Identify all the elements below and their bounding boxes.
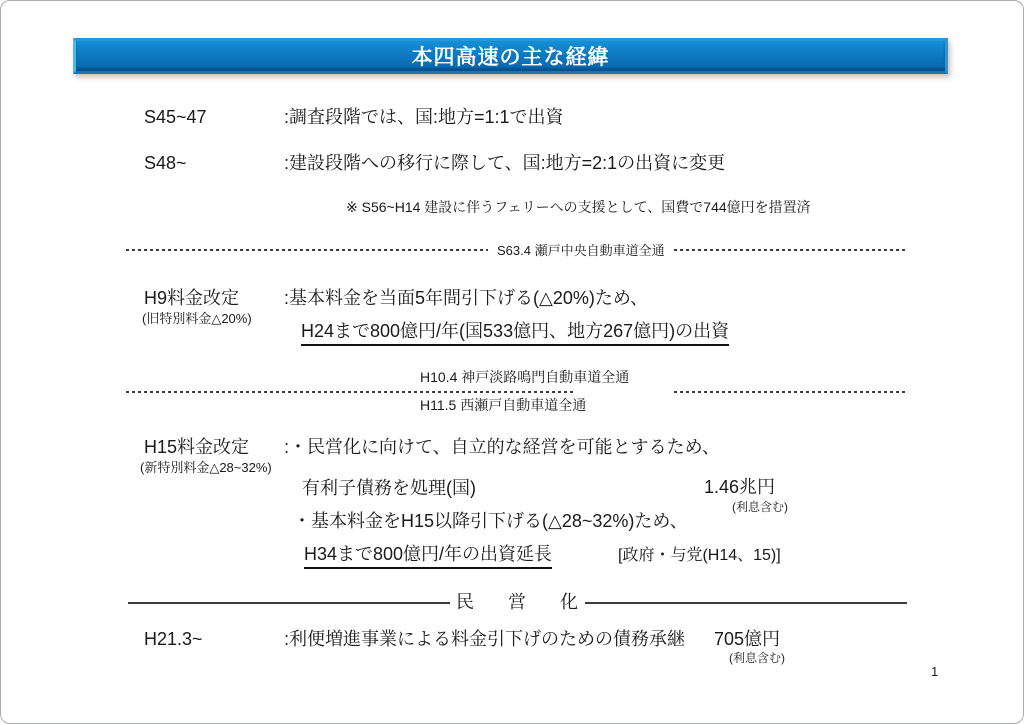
entry-h9-label: H9料金改定: [144, 288, 239, 310]
entry-h15-line1: :・民営化に向けて、自立的な経営を可能とするため、: [284, 437, 720, 459]
entry-h15-label: H15料金改定: [144, 437, 249, 459]
solid-line: [585, 602, 907, 604]
divider-seto-label: S63.4 瀬戸中央自動車道全通: [488, 240, 674, 259]
entry-h9-sublabel: (旧特別料金△20%): [142, 311, 252, 327]
title-banner: 本四高速の主な経緯: [73, 38, 948, 74]
dashed-line: [126, 391, 573, 393]
solid-line: [128, 602, 450, 604]
dashed-line: [126, 249, 488, 251]
entry-h15-amount1-note: (利息含む): [732, 500, 788, 514]
page-number: 1: [931, 664, 938, 679]
divider-kobe-line2: H11.5 西瀬戸自動車道全通: [420, 397, 586, 414]
entry-h21-label: H21.3~: [144, 629, 203, 651]
entry-s45-text: :調査段階では、国:地方=1:1で出資: [284, 107, 564, 129]
entry-h15-line2: 有利子債務を処理(国): [302, 478, 476, 500]
dashed-line: [674, 391, 906, 393]
entry-h21-amount: 705億円: [714, 629, 780, 651]
entry-h9-line2-underlined: H24まで800億円/年(国533億円、地方267億円)の出資: [301, 321, 729, 346]
entry-h21-amount-note: (利息含む): [729, 651, 785, 665]
entry-h15-line4-underlined: H34まで800億円/年の出資延長: [304, 544, 552, 569]
entry-h15-amount1: 1.46兆円: [704, 477, 775, 499]
divider-mineika-label: 民 営 化: [456, 592, 586, 614]
entry-s45-label: S45~47: [144, 107, 207, 129]
divider-seto: S63.4 瀬戸中央自動車道全通: [126, 240, 906, 259]
entry-h21-text: :利便増進事業による料金引下げのための債務承継: [284, 629, 685, 651]
entry-h15-sublabel: (新特別料金△28~32%): [140, 460, 272, 476]
entry-s48-note: ※ S56~H14 建設に伴うフェリーへの支援として、国費で744億円を措置済: [346, 199, 811, 216]
entry-h9-line1: :基本料金を当面5年間引下げる(△20%)ため、: [284, 288, 648, 310]
entry-h15-line4-note: [政府・与党(H14、15)]: [618, 546, 781, 565]
page-title: 本四高速の主な経緯: [412, 41, 610, 71]
entry-h15-line3: ・基本料金をH15以降引下げる(△28~32%)ため、: [293, 511, 688, 533]
entry-s48-label: S48~: [144, 153, 187, 175]
slide-page: 本四高速の主な経緯 S45~47 :調査段階では、国:地方=1:1で出資 S48…: [0, 0, 1024, 724]
dashed-line: [674, 249, 906, 251]
divider-kobe-line1: H10.4 神戸淡路鳴門自動車道全通: [420, 369, 629, 386]
entry-s48-text: :建設段階への移行に際して、国:地方=2:1の出資に変更: [284, 153, 725, 175]
